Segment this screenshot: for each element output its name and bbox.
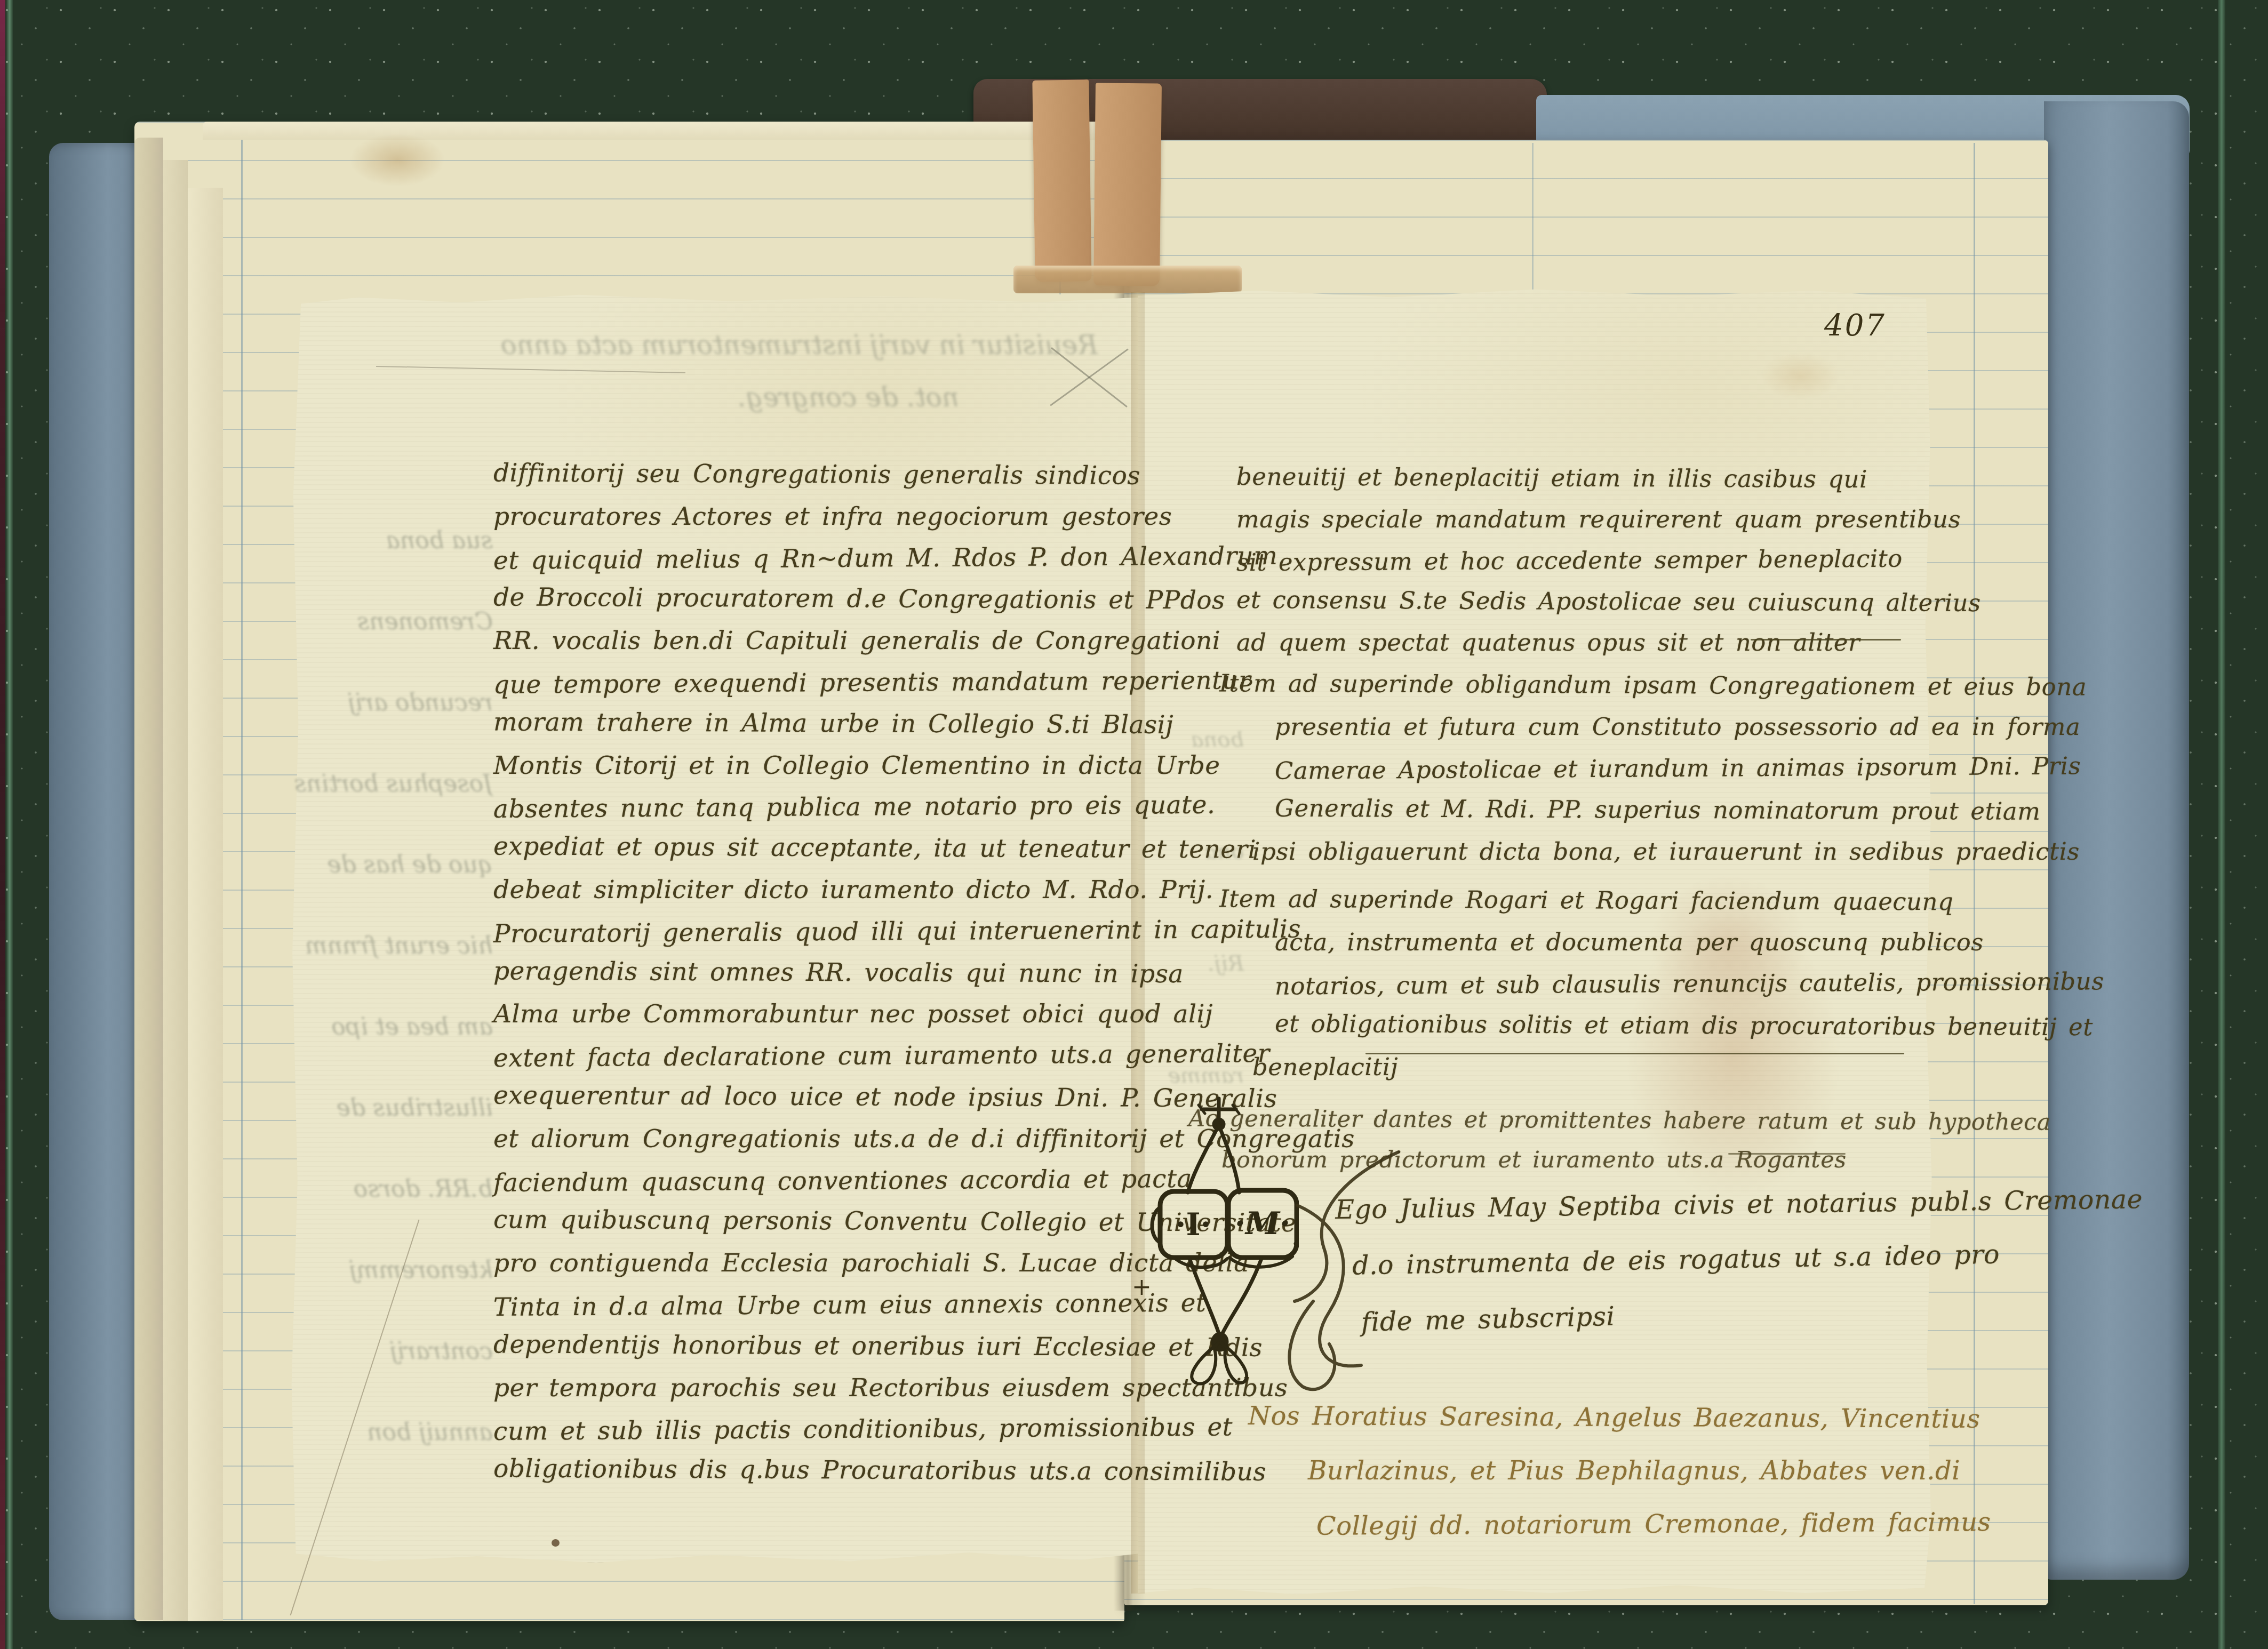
- ghost-line: recundo arij: [294, 662, 493, 743]
- glass-edge-left: [6, 0, 13, 1649]
- right-page-section-c: Item ad superinde Rogari et Rogari facie…: [1219, 880, 2104, 1088]
- manuscript-line: ad quem spectat quatenus opus sit et non…: [1236, 622, 1981, 663]
- ghost-line: hic erunt frnnm: [294, 906, 493, 987]
- manuscript-line: beneuitij et beneplacitij etiam in illis…: [1236, 456, 1981, 500]
- ghost-line: annuij bon: [294, 1392, 493, 1473]
- hinge-tape-strip: [1032, 79, 1091, 282]
- ink-rule: [1751, 639, 1901, 641]
- manuscript-line: Item ad superinde Rogari et Rogari facie…: [1219, 878, 2104, 923]
- ghost-line: Cremonens: [294, 581, 493, 662]
- hinge-tape-strip: [1093, 83, 1162, 286]
- manuscript-line: acta, instrumenta et documenta per quosc…: [1275, 922, 2104, 963]
- ledger-margin-rule: [241, 140, 243, 1620]
- mark-letter-left: ·I·: [1175, 1206, 1211, 1243]
- ghost-line: contrarij: [294, 1311, 493, 1392]
- manuscript-line: et obligationibus solitis et etiam dis p…: [1275, 1003, 2104, 1048]
- ink-rule: [1365, 1053, 1904, 1054]
- manuscript-scan: Reuisitur in varij instrumentorum acta a…: [0, 0, 2268, 1649]
- page-number: 407: [1824, 308, 1886, 343]
- manuscript-line: Ac generaliter dantes et promittentes ha…: [1188, 1099, 2051, 1142]
- manuscript-line: Collegij dd. notariorum Cremonae, fidem …: [1316, 1495, 1991, 1553]
- stain: [1760, 352, 1840, 400]
- notary-subscription-block: Ego Julius May Septiba civis et notarius…: [1335, 1171, 2145, 1348]
- page-stack-edge: [188, 188, 223, 1621]
- manuscript-line: et consensu S.te Sedis Apostolicae seu c…: [1236, 579, 1981, 623]
- manuscript-line: procuratores Actores et infra negociorum…: [493, 496, 1355, 538]
- manuscript-line: Generalis et M. Rdi. PP. superius nomina…: [1275, 788, 2087, 833]
- manuscript-line: obligationibus dis q.bus Procuratoribus …: [493, 1448, 1355, 1494]
- ghost-line: ex perduis: [294, 1473, 493, 1498]
- manuscript-line: de Broccoli procuratorem d.e Congregatio…: [493, 577, 1355, 622]
- manuscript-line: Burlazinus, et Pius Bephilagnus, Abbates…: [1308, 1444, 1991, 1498]
- manuscript-line: RR. vocalis ben.di Capituli generalis de…: [493, 620, 1355, 662]
- tray-edge-red: [0, 0, 5, 1649]
- ink-spot: [552, 1539, 560, 1547]
- manuscript-line: sit expressum et hoc accedente semper be…: [1236, 538, 1981, 583]
- manuscript-line: diffinitorij seu Congregationis generali…: [493, 452, 1355, 498]
- ghost-line: Josephus bortins: [294, 743, 493, 824]
- glass-edge-right: [2218, 0, 2225, 1649]
- ghost-line: quo de has de: [294, 824, 493, 906]
- ghost-line: illustribus de: [294, 1068, 493, 1149]
- right-page-section-b: Item ad superinde obligandum ipsam Congr…: [1219, 665, 2087, 872]
- ghost-line: ktenoremmj: [294, 1230, 493, 1311]
- page-stack-edge: [163, 160, 188, 1621]
- manuscript-line: et quicquid melius q Rn~dum M. Rdos P. d…: [493, 535, 1355, 582]
- manuscript-line: Nos Horatius Saresina, Angelus Baezanus,…: [1248, 1389, 1991, 1446]
- ghost-line: am bea et ipo: [294, 987, 493, 1068]
- attestation-block: Nos Horatius Saresina, Angelus Baezanus,…: [1248, 1391, 1991, 1551]
- manuscript-line: cum et sub illis pactis conditionibus, p…: [493, 1406, 1355, 1453]
- manuscript-line: Camerae Apostolicae et iurandum in anima…: [1275, 745, 2087, 791]
- ghost-line: not. de congreg.: [367, 371, 959, 423]
- page-stack-edge: [134, 138, 163, 1620]
- page-stack-top-edge: [203, 122, 1124, 140]
- manuscript-line: presentia et futura cum Constituto posse…: [1275, 706, 2087, 748]
- manuscript-line: ipsi obligauerunt dicta bona, et iurauer…: [1252, 831, 2087, 872]
- right-page-section-a: beneuitij et beneplacitij etiam in illis…: [1236, 458, 1981, 663]
- ghost-line: b.RR. dorso: [294, 1149, 493, 1230]
- show-through-header: Reuisitur in varij instrumentorum acta a…: [367, 319, 1098, 423]
- glossy-tape: [1013, 266, 1242, 293]
- ledger-margin-rule: [1974, 143, 1975, 1604]
- ink-rule: [1728, 1153, 1846, 1155]
- manuscript-line: notarios, cum et sub clausulis renuncijs…: [1275, 960, 2104, 1007]
- manuscript-line: Ego Julius May Septiba civis et notarius…: [1335, 1172, 2143, 1237]
- manuscript-line: magis speciale mandatum requirerent quam…: [1236, 499, 1981, 540]
- stain: [349, 133, 445, 187]
- manuscript-line: Item ad superinde obligandum ipsam Congr…: [1219, 662, 2087, 708]
- show-through-left-margin: sua bona Cremonens recundo arij Josephus…: [294, 500, 493, 1498]
- ghost-line: Reuisitur in varij instrumentorum acta a…: [367, 319, 1098, 371]
- ghost-line: sua bona: [294, 500, 493, 581]
